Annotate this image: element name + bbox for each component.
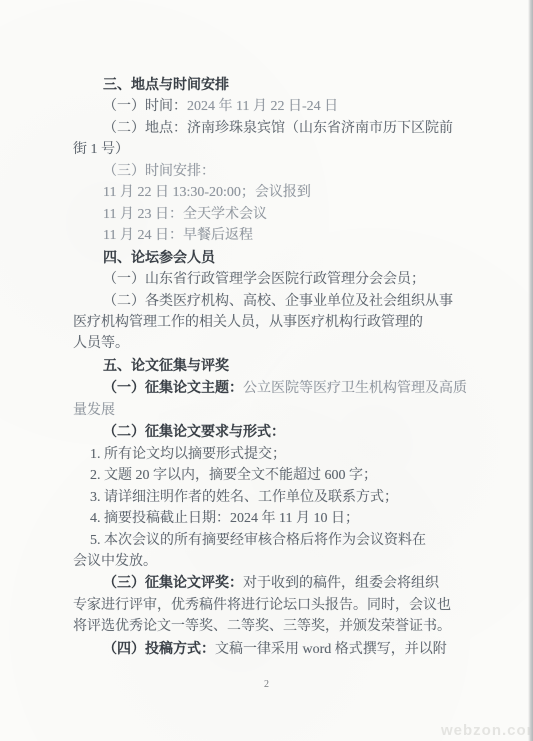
- document-line: 会议中发放。: [73, 551, 475, 572]
- text-segment: （二）征集论文要求与形式：: [103, 423, 285, 439]
- text-segment: 五、论文征集与评奖: [103, 357, 229, 373]
- document-line: （三）时间安排：: [73, 161, 475, 182]
- document-line: 11 月 22 日 13:30-20:00；会议报到: [73, 182, 475, 203]
- text-segment: 公立医院等医疗卫生机构管理及高质: [243, 381, 467, 396]
- document-line: （三）征集论文评奖：对于收到的稿件，组委会将组织: [73, 572, 475, 594]
- document-line: 四、论坛参会人员: [73, 247, 475, 269]
- document-line: （一）时间：2024 年 11 月 22 日-24 日: [73, 96, 475, 117]
- document-line: （一）征集论文主题：公立医院等医疗卫生机构管理及高质: [73, 377, 475, 399]
- document-line: 3. 请详细注明作者的姓名、工作单位及联系方式；: [73, 487, 475, 508]
- document-line: 医疗机构管理工作的相关人员，从事医疗机构行政管理的: [73, 312, 475, 333]
- document-page: 三、地点与时间安排（一）时间：2024 年 11 月 22 日-24 日（二）地…: [0, 0, 533, 741]
- text-segment: （一）时间：: [103, 99, 187, 114]
- text-segment: 人员等。: [73, 336, 129, 351]
- document-line: 人员等。: [73, 333, 475, 354]
- text-segment: 医疗机构管理工作的相关人员，从事医疗机构行政管理的: [73, 315, 423, 330]
- text-segment: （二）各类医疗机构、高校、企事业单位及社会组织从事: [103, 294, 453, 309]
- text-segment: 专家进行评审，优秀稿件将进行论坛口头报告。同时，会议也: [73, 598, 451, 613]
- text-segment: 4. 摘要投稿截止日期：2024 年 11 月 10 日；: [90, 511, 359, 526]
- text-segment: （三）时间安排：: [103, 164, 215, 179]
- document-line: （二）地点：济南珍珠泉宾馆（山东省济南市历下区院前: [73, 118, 475, 139]
- text-segment: 会议中发放。: [73, 554, 157, 569]
- text-segment: （四）投稿方式：: [103, 640, 215, 656]
- page-number: 2: [0, 679, 533, 690]
- text-segment: 将评选优秀论文一等奖、二等奖、三等奖，并颁发荣誉证书。: [73, 619, 451, 634]
- text-segment: 量发展: [73, 403, 115, 418]
- document-body: 三、地点与时间安排（一）时间：2024 年 11 月 22 日-24 日（二）地…: [73, 74, 475, 660]
- text-segment: 三、地点与时间安排: [103, 76, 229, 92]
- document-line: 5. 本次会议的所有摘要经审核合格后将作为会议资料在: [73, 530, 475, 551]
- document-line: 11 月 23 日：全天学术会议: [73, 204, 475, 225]
- document-line: 1. 所有论文均以摘要形式提交；: [73, 444, 475, 465]
- document-line: 专家进行评审，优秀稿件将进行论坛口头报告。同时，会议也: [73, 595, 475, 616]
- text-segment: 5. 本次会议的所有摘要经审核合格后将作为会议资料在: [90, 533, 426, 548]
- watermark: webzon.com: [441, 722, 533, 739]
- document-line: 量发展: [73, 400, 475, 421]
- document-line: （二）征集论文要求与形式：: [73, 421, 475, 443]
- text-segment: 11 月 24 日：早餐后返程: [103, 228, 253, 243]
- text-segment: （三）征集论文评奖：: [103, 574, 243, 590]
- document-line: 五、论文征集与评奖: [73, 355, 475, 377]
- text-segment: 文稿一律采用 word 格式撰写，并以附: [215, 642, 447, 657]
- text-segment: 3. 请详细注明作者的姓名、工作单位及联系方式；: [90, 490, 398, 505]
- text-segment: 1. 所有论文均以摘要形式提交；: [90, 447, 286, 462]
- text-segment: （一）山东省行政管理学会医院行政管理分会会员；: [103, 272, 425, 287]
- text-segment: 对于收到的稿件，组委会将组织: [243, 576, 439, 591]
- document-line: 4. 摘要投稿截止日期：2024 年 11 月 10 日；: [73, 508, 475, 529]
- text-segment: 2024 年 11 月 22 日-24 日: [187, 99, 338, 114]
- text-segment: 街 1 号）: [73, 142, 129, 157]
- document-line: 三、地点与时间安排: [73, 74, 475, 96]
- document-line: 11 月 24 日：早餐后返程: [73, 225, 475, 246]
- document-line: 将评选优秀论文一等奖、二等奖、三等奖，并颁发荣誉证书。: [73, 616, 475, 637]
- document-line: 2. 文题 20 字以内，摘要全文不能超过 600 字；: [73, 465, 475, 486]
- text-segment: 11 月 23 日：全天学术会议: [103, 207, 267, 222]
- text-segment: （一）征集论文主题：: [103, 379, 243, 395]
- text-segment: （二）地点：济南珍珠泉宾馆（山东省济南市历下区院前: [103, 121, 453, 136]
- text-segment: 四、论坛参会人员: [103, 249, 215, 265]
- document-line: 街 1 号）: [73, 139, 475, 160]
- text-segment: 11 月 22 日 13:30-20:00；会议报到: [103, 185, 311, 200]
- document-line: （二）各类医疗机构、高校、企事业单位及社会组织从事: [73, 291, 475, 312]
- document-line: （四）投稿方式：文稿一律采用 word 格式撰写，并以附: [73, 638, 475, 660]
- text-segment: 2. 文题 20 字以内，摘要全文不能超过 600 字；: [90, 468, 377, 483]
- document-line: （一）山东省行政管理学会医院行政管理分会会员；: [73, 269, 475, 290]
- scan-edge: [528, 0, 533, 741]
